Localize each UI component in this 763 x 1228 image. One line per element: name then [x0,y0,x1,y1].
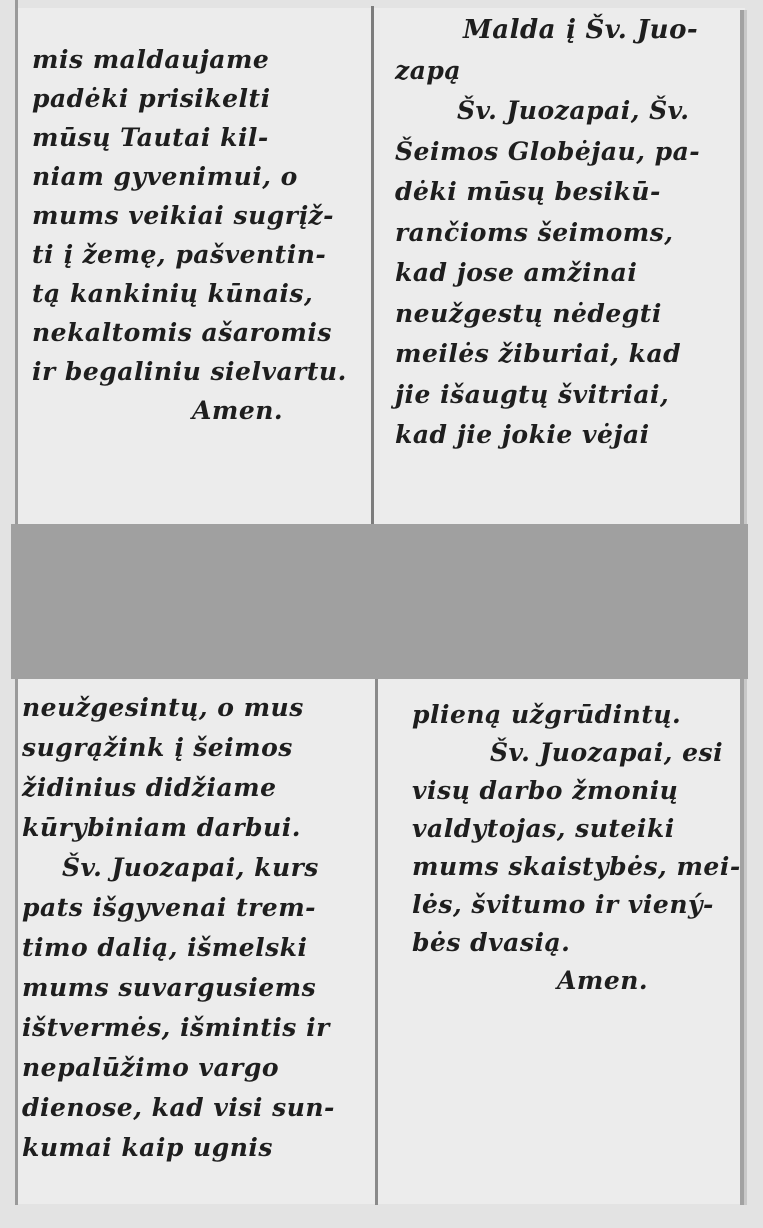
text-line: mūsų Tautai kil- [32,118,367,157]
text-line: jie išaugtų švitriai, [395,375,735,416]
text-line: bės dvasią. [412,924,742,962]
text-line: valdytojas, suteiki [412,810,742,848]
column-top-right: Malda į Šv. Juo- zapą Šv. Juozapai, Šv. … [395,10,735,456]
text-line: Šv. Juozapai, kurs [22,848,367,888]
text-line: tą kankinių kūnais, [32,274,367,313]
text-line: ištvermės, išmintis ir [22,1008,367,1048]
gray-redaction-band [11,524,748,679]
text-line: Šv. Juozapai, esi [412,734,742,772]
text-line: kad jie jokie vėjai [395,415,735,456]
text-line: niam gyvenimui, o [32,157,367,196]
text-line: neužgestų nėdegti [395,294,735,335]
text-line: mums suvargusiems [22,968,367,1008]
text-line: kumai kaip ugnis [22,1128,367,1168]
text-line: kūrybiniam darbui. [22,808,367,848]
text-line: padėki prisikelti [32,79,367,118]
text-line: pats išgyvenai trem- [22,888,367,928]
text-line: kad jose amžinai [395,253,735,294]
text-line: sugrąžink į šeimos [22,728,367,768]
text-line: ir begaliniu sielvartu. [32,352,367,391]
text-line: visų darbo žmonių [412,772,742,810]
prayer-title-line-1: Malda į Šv. Juo- [395,10,735,51]
text-line: neužgesintų, o mus [22,688,367,728]
text-line: lės, švitumo ir viený- [412,886,742,924]
closing-amen: Amen. [32,391,367,430]
column-divider-top [371,6,374,526]
text-line: mis maldaujame [32,40,367,79]
text-line: dėki mūsų besikū- [395,172,735,213]
text-line: ti į žemę, pašventin- [32,235,367,274]
text-line: mums skaistybės, mei- [412,848,742,886]
text-line: nekaltomis ašaromis [32,313,367,352]
text-line: plieną užgrūdintų. [412,696,742,734]
text-line: meilės žiburiai, kad [395,334,735,375]
column-bottom-right: plieną užgrūdintų. Šv. Juozapai, esi vis… [412,696,742,1000]
text-line: Šv. Juozapai, Šv. [395,91,735,132]
column-top-left: mis maldaujame padėki prisikelti mūsų Ta… [32,40,367,430]
page-bottom-margin [0,1205,763,1228]
text-line: rančioms šeimoms, [395,213,735,254]
text-line: timo dalią, išmelski [22,928,367,968]
closing-amen: Amen. [412,962,742,1000]
text-line: Šeimos Globėjau, pa- [395,132,735,173]
text-line: mums veikiai sugrįž- [32,196,367,235]
text-line: dienose, kad visi sun- [22,1088,367,1128]
text-line: nepalūžimo vargo [22,1048,367,1088]
column-divider-bottom [375,678,378,1205]
column-bottom-left: neužgesintų, o mus sugrąžink į šeimos ži… [22,688,367,1168]
prayer-title-line-2: zapą [395,51,735,92]
text-line: židinius didžiame [22,768,367,808]
